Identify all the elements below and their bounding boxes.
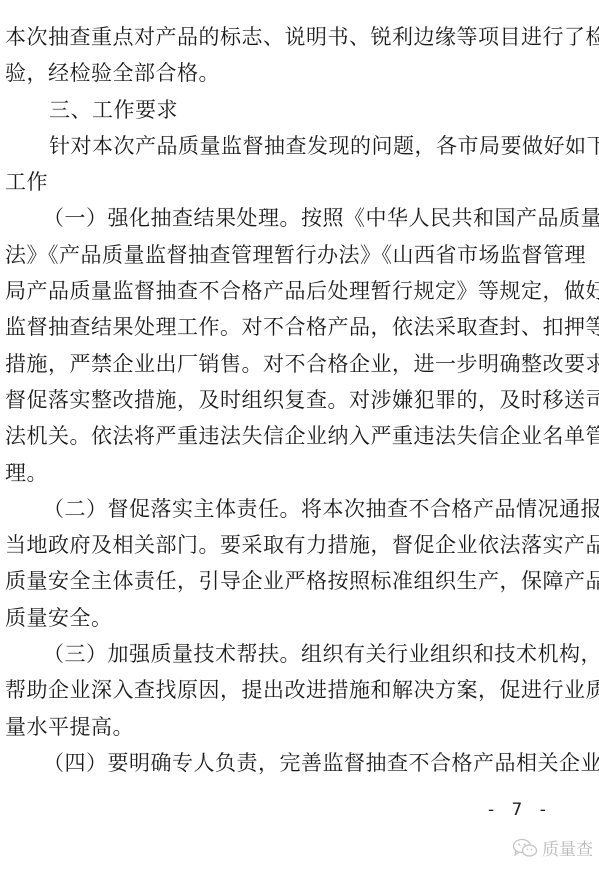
wechat-icon: [512, 838, 538, 858]
page-number: - 7 -: [488, 800, 552, 820]
watermark: 质量查: [512, 835, 593, 860]
paragraph-line: 质量安全主体责任，引导企业严格按照标准组织生产，保障产品: [5, 563, 535, 599]
paragraph-line: 量水平提高。: [5, 709, 535, 745]
section-heading: 三、工作要求: [5, 92, 535, 128]
paragraph-line: 帮助企业深入查找原因，提出改进措施和解决方案，促进行业质: [5, 672, 535, 708]
paragraph-line: 本次抽查重点对产品的标志、说明书、锐利边缘等项目进行了检: [5, 19, 535, 55]
list-item-heading: （三）加强质量技术帮扶。组织有关行业组织和技术机构，: [5, 636, 535, 672]
paragraph-line: 局产品质量监督抽查不合格产品后处理暂行规定》等规定，做好: [5, 273, 535, 309]
paragraph-line: 法机关。依法将严重违法失信企业纳入严重违法失信企业名单管: [5, 418, 535, 454]
paragraph-line: 理。: [5, 455, 535, 491]
paragraph-line: 当地政府及相关部门。要采取有力措施，督促企业依法落实产品: [5, 527, 535, 563]
document-page: 本次抽查重点对产品的标志、说明书、锐利边缘等项目进行了检 验，经检验全部合格。 …: [5, 19, 535, 781]
list-item-heading: （一）强化抽查结果处理。按照《中华人民共和国产品质量: [5, 200, 535, 236]
paragraph-line: 法》《产品质量监督抽查管理暂行办法》《山西省市场监督管理: [5, 237, 535, 273]
list-item-heading: （四）要明确专人负责，完善监督抽查不合格产品相关企业: [5, 745, 535, 781]
paragraph-line: 验，经检验全部合格。: [5, 55, 535, 91]
paragraph-line: 质量安全。: [5, 600, 535, 636]
paragraph-line: 针对本次产品质量监督抽查发现的问题，各市局要做好如下: [5, 128, 535, 164]
paragraph-line: 监督抽查结果处理工作。对不合格产品，依法采取查封、扣押等: [5, 309, 535, 345]
paragraph-line: 措施，严禁企业出厂销售。对不合格企业，进一步明确整改要求，: [5, 346, 535, 382]
watermark-text: 质量查: [542, 835, 593, 860]
list-item-heading: （二）督促落实主体责任。将本次抽查不合格产品情况通报: [5, 491, 535, 527]
paragraph-line: 工作: [5, 164, 535, 200]
paragraph-line: 督促落实整改措施，及时组织复查。对涉嫌犯罪的，及时移送司: [5, 382, 535, 418]
